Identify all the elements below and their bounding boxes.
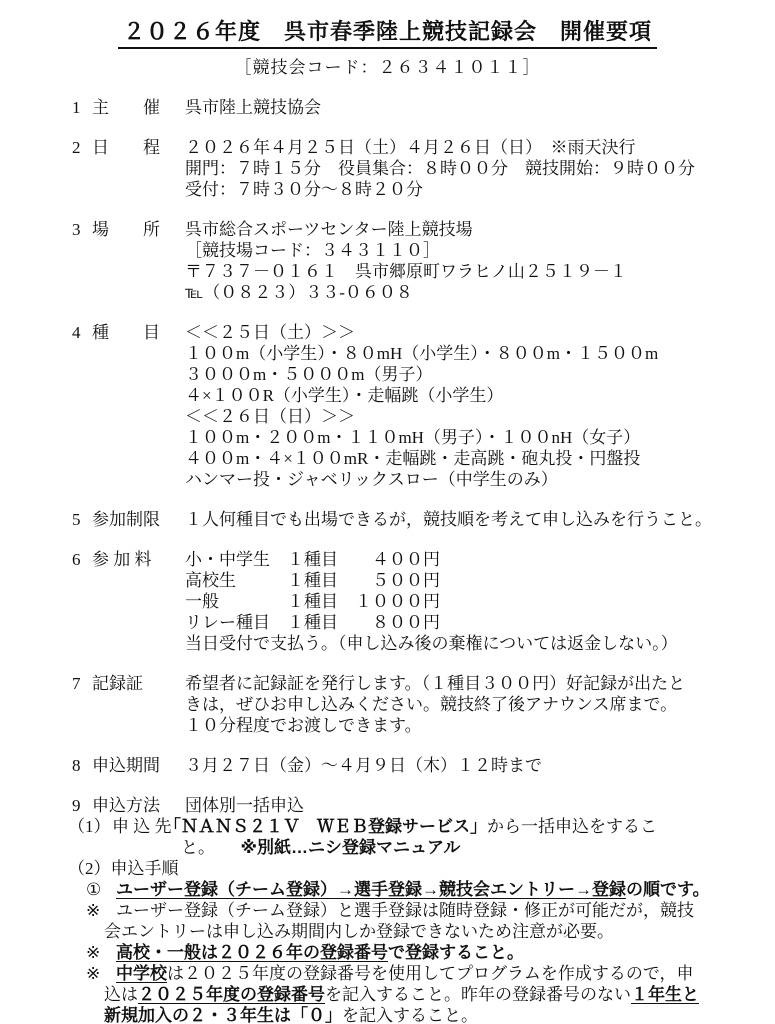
item-label: 参加制限 [92,509,160,530]
item-number: 5 [72,509,81,530]
item-content: 中学校は２０２５年度の登録番号を使用してプログラムを作成するので，申込は２０２５… [116,963,775,1024]
text-line: （2）申込手順 [68,858,775,879]
item-label: 場 所 [92,219,160,240]
item-content: 呉市総合スポーツセンター陸上競技場［競技場コード：３４３１１０］〒７３７－０１６… [185,219,775,303]
emphasis-text: ２０２５年度の登録番号 [138,985,325,1004]
text-line: 呉市陸上競技協会 [185,97,775,118]
text-line: ３月２７日（金）～４月９日（木）１２時まで [185,755,775,776]
text-line: 呉市総合スポーツセンター陸上競技場 [185,219,775,240]
text-segment: ２０２６年４月２５日（土）４月２６日（日） ※雨天決行 [185,138,636,157]
item-content: 団体別一括申込 [185,795,775,816]
item-label: 種 目 [92,322,160,343]
text-line: と。 ※別紙…ニシ登録マニュアル [164,837,775,858]
text-segment: 希望者に記録証を発行します。（１種目３００円）好記録が出たと [185,674,685,693]
text-segment: ハンマー投・ジャベリックスロー（中学生のみ） [185,470,558,489]
item-number: 1 [72,97,81,118]
item-entry-fee: 6参 加 料小・中学生 １種目 ４００円高校生 １種目 ５００円一般 １種目 １… [70,549,775,654]
text-segment: 一般 １種目 １０００円 [185,592,440,611]
text-segment: ＜＜２５日（土）＞＞ [185,323,355,342]
list-marker: ※ [86,963,100,984]
item-content: ３月２７日（金）～４月９日（木）１２時まで [185,755,775,776]
text-segment: １００m（小学生）・８０mH（小学生）・８００m・１５００m [185,344,658,363]
text-segment: ４００m・４×１００mR・走幅跳・走高跳・砲丸投・円盤投 [185,449,640,468]
text-line: ２０２６年４月２５日（土）４月２６日（日） ※雨天決行 [185,137,775,158]
text-segment: を記入すること。 [342,1006,478,1024]
text-line: 一般 １種目 １０００円 [185,591,775,612]
text-segment: 高校生 １種目 ５００円 [185,571,440,590]
text-line: 高校生 １種目 ５００円 [185,570,775,591]
list-marker: ※ [86,942,100,963]
item-record-certificate: 7記録証希望者に記録証を発行します。（１種目３００円）好記録が出たときは，ぜひお… [70,673,775,736]
text-segment: ＜＜２６日（日）＞＞ [185,407,355,426]
text-line: ユーザー登録（チーム登録）→選手登録→競技会エントリー→登録の順です。 [116,879,775,900]
item-events: 4種 目＜＜２５日（土）＞＞１００m（小学生）・８０mH（小学生）・８００m・１… [70,322,775,490]
item-entry-method: 9申込方法団体別一括申込 [70,795,775,816]
text-line: 小・中学生 １種目 ４００円 [185,549,775,570]
item-number: 9 [72,795,81,816]
item-content: ＜＜２５日（土）＞＞１００m（小学生）・８０mH（小学生）・８００m・１５００m… [185,322,775,490]
item-label: 参 加 料 [92,549,152,570]
text-line: 高校・一般は２０２６年の登録番号で登録すること。 [116,942,775,963]
note-registration-timing: ※ユーザー登録（チーム登録）と選手登録は随時登録・修正が可能だが，競技会エントリ… [86,900,775,942]
item-number: 7 [72,673,81,694]
list-marker: ※ [86,900,100,921]
item-content: ユーザー登録（チーム登録）→選手登録→競技会エントリー→登録の順です。 [116,879,775,900]
text-segment: 当日受付で支払う。（申し込み後の棄権については返金しない。） [185,634,678,653]
text-segment: １００m・２００m・１１０mH（男子）・１００nH（女子） [185,428,640,447]
text-segment: ３月２７日（金）～４月９日（木）１２時まで [185,756,542,775]
text-line: 「ＮＡＮＳ２１Ｖ ＷＥＢ登録サービス」から一括申込をするこ [164,816,775,837]
text-segment: ユーザー登録（チーム登録）と選手登録は随時登録・修正が可能だが，競技 [116,901,694,920]
text-segment: 受付：７時３０分～８時２０分 [185,180,423,199]
text-line: １００m・２００m・１１０mH（男子）・１００nH（女子） [185,427,775,448]
item-content: ユーザー登録（チーム登録）と選手登録は随時登録・修正が可能だが，競技会エントリー… [116,900,775,942]
item-content: （2）申込手順 [68,858,775,879]
emphasis-text: の順です。 [626,880,710,899]
text-line: １人何種目でも出場できるが，競技順を考えて申し込みを行うこと。 [185,509,775,530]
competition-code: ［競技会コード：２６３４１０１１］ [0,53,775,78]
document-body: 1主 催呉市陸上競技協会2日 程２０２６年４月２５日（土）４月２６日（日） ※雨… [0,97,775,1024]
emphasis-text: 「ＮＡＮＳ２１Ｖ ＷＥＢ登録サービス」 [164,817,487,836]
text-segment: １人何種目でも出場できるが，競技順を考えて申し込みを行うこと。 [185,510,712,529]
list-marker: ① [86,879,101,900]
item-schedule: 2日 程２０２６年４月２５日（土）４月２６日（日） ※雨天決行開門：７時１５分 … [70,137,775,200]
text-segment: と。 [181,838,241,857]
text-line: ハンマー投・ジャベリックスロー（中学生のみ） [185,469,775,490]
text-segment: 団体別一括申込 [185,796,304,815]
text-line: ＜＜２６日（日）＞＞ [185,406,775,427]
sub-number: （1） [68,816,111,837]
text-segment: （2）申込手順 [68,859,179,878]
item-content: 「ＮＡＮＳ２１Ｖ ＷＥＢ登録サービス」から一括申込をすること。 ※別紙…ニシ登録… [164,816,775,858]
text-segment: 呉市総合スポーツセンター陸上競技場 [185,220,473,239]
note-highschool-general: ※高校・一般は２０２６年の登録番号で登録すること。 [86,942,775,963]
text-line: ４×１００R（小学生）・走幅跳（小学生） [185,385,775,406]
item-content: 高校・一般は２０２６年の登録番号で登録すること。 [116,942,775,963]
emphasis-text: １年生と [631,985,699,1004]
text-segment: 開門：７時１５分 役員集合：８時００分 競技開始：９時００分 [185,159,695,178]
text-line: １００m（小学生）・８０mH（小学生）・８００m・１５００m [185,343,775,364]
item-number: 3 [72,219,81,240]
item-number: 6 [72,549,81,570]
item-number: 4 [72,322,81,343]
text-line: ３０００m・５０００m（男子） [185,364,775,385]
emphasis-text: 高校・一般は２０２６年の登録番号 [116,943,388,962]
text-line: 会エントリーは申し込み期間内しか登録できないため注意が必要。 [104,921,775,942]
text-line: 込は２０２５年度の登録番号を記入すること。昨年の登録番号のない１年生と [104,984,775,1005]
text-line: 希望者に記録証を発行します。（１種目３００円）好記録が出たと [185,673,775,694]
text-line: 開門：７時１５分 役員集合：８時００分 競技開始：９時００分 [185,158,775,179]
item-number: 8 [72,755,81,776]
text-segment: 会エントリーは申し込み期間内しか登録できないため注意が必要。 [104,922,614,941]
text-segment: から一括申込をするこ [487,817,657,836]
item-label: 申込方法 [92,795,160,816]
document-page: ２０２６年度 呉市春季陸上競技記録会 開催要項 ［競技会コード：２６３４１０１１… [0,0,775,1024]
note-junior-high: ※中学校は２０２５年度の登録番号を使用してプログラムを作成するので，申込は２０２… [86,963,775,1024]
text-line: ℡（０８２３）３３-０６０８ [185,282,775,303]
text-line: 〒７３７－０１６１ 呉市郷原町ワラヒノ山２５１９－１ [185,261,775,282]
text-line: リレー種目 １種目 ８００円 [185,612,775,633]
text-line: ［競技場コード：３４３１１０］ [185,240,775,261]
item-organizer: 1主 催呉市陸上競技協会 [70,97,775,118]
text-line: きは，ぜひお申し込みください。競技終了後アナウンス席まで。 [185,694,775,715]
text-segment: ［競技場コード：３４３１１０］ [185,241,440,260]
text-segment: 呉市陸上競技協会 [185,98,321,117]
text-line: ＜＜２５日（土）＞＞ [185,322,775,343]
text-segment: きは，ぜひお申し込みください。競技終了後アナウンス席まで。 [185,695,677,714]
item-label: 申 込 先 [112,816,172,837]
page-title: ２０２６年度 呉市春季陸上競技記録会 開催要項 [118,18,657,49]
text-line: 受付：７時３０分～８時２０分 [185,179,775,200]
item-label: 記録証 [92,673,143,694]
text-segment: ３０００m・５０００m（男子） [185,365,432,384]
step-1: ①ユーザー登録（チーム登録）→選手登録→競技会エントリー→登録の順です。 [86,879,775,900]
emphasis-text: 中学校 [116,964,167,983]
text-segment: を記入すること。昨年の登録番号のない [325,985,631,1004]
emphasis-text: で登録すること。 [388,943,524,962]
text-segment: リレー種目 １種目 ８００円 [185,613,440,632]
text-segment: ４×１００R（小学生）・走幅跳（小学生） [185,386,503,405]
text-segment: は２０２５年度の登録番号を使用してプログラムを作成するので，申 [167,964,694,983]
item-entry-limit: 5参加制限１人何種目でも出場できるが，競技順を考えて申し込みを行うこと。 [70,509,775,530]
text-segment: 〒７３７－０１６１ 呉市郷原町ワラヒノ山２５１９－１ [185,262,627,281]
title-section: ２０２６年度 呉市春季陸上競技記録会 開催要項 ［競技会コード：２６３４１０１１… [0,18,775,78]
item-entry-period: 8申込期間３月２７日（金）～４月９日（木）１２時まで [70,755,775,776]
entry-procedure: （2）申込手順 [68,858,775,879]
item-label: 日 程 [92,137,160,158]
text-segment: 小・中学生 １種目 ４００円 [185,550,440,569]
text-line: 団体別一括申込 [185,795,775,816]
text-line: ４００m・４×１００mR・走幅跳・走高跳・砲丸投・円盤投 [185,448,775,469]
text-line: ユーザー登録（チーム登録）と選手登録は随時登録・修正が可能だが，競技 [116,900,775,921]
item-label: 申込期間 [92,755,160,776]
item-number: 2 [72,137,81,158]
text-segment: ℡（０８２３）３３-０６０８ [185,283,413,302]
text-line: 当日受付で支払う。（申し込み後の棄権については返金しない。） [185,633,775,654]
emphasis-text: ユーザー登録（チーム登録）→選手登録→競技会エントリー→登録 [116,880,626,899]
item-content: 呉市陸上競技協会 [185,97,775,118]
text-segment: １０分程度でお渡しできます。 [185,716,422,735]
text-line: 中学校は２０２５年度の登録番号を使用してプログラムを作成するので，申 [116,963,775,984]
item-content: 希望者に記録証を発行します。（１種目３００円）好記録が出たときは，ぜひお申し込み… [185,673,775,736]
entry-destination: （1）申 込 先「ＮＡＮＳ２１Ｖ ＷＥＢ登録サービス」から一括申込をすること。 … [68,816,775,858]
emphasis-text: 新規加入の２・３年生は「０」 [104,1006,342,1024]
item-content: 小・中学生 １種目 ４００円高校生 １種目 ５００円一般 １種目 １０００円リレ… [185,549,775,654]
emphasis-text: ※別紙…ニシ登録マニュアル [241,838,461,857]
item-content: １人何種目でも出場できるが，競技順を考えて申し込みを行うこと。 [185,509,775,530]
text-line: １０分程度でお渡しできます。 [185,715,775,736]
text-segment: 込は [104,985,138,1004]
item-content: ２０２６年４月２５日（土）４月２６日（日） ※雨天決行開門：７時１５分 役員集合… [185,137,775,200]
text-line: 新規加入の２・３年生は「０」を記入すること。 [104,1005,775,1024]
item-venue: 3場 所呉市総合スポーツセンター陸上競技場［競技場コード：３４３１１０］〒７３７… [70,219,775,303]
item-label: 主 催 [92,97,160,118]
